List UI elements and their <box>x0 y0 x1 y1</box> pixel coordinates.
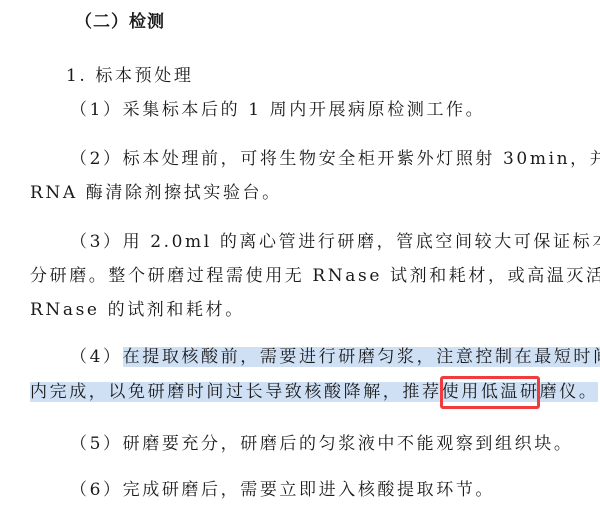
paragraph-item-4-line-1: （4）在提取核酸前，需要进行研磨匀浆，注意控制在最短时间 <box>70 345 600 369</box>
paragraph-item-3-line-2: 分研磨。整个研磨过程需使用无 RNase 试剂和耗材，或高温灭活 <box>30 264 600 288</box>
section-heading: （二）检测 <box>75 10 165 34</box>
paragraph-item-3-line-3: RNase 的试剂和耗材。 <box>30 298 245 322</box>
trailing-punctuation: 。 <box>579 382 599 402</box>
item-4-prefix: （4） <box>70 347 123 367</box>
selected-text-line-1[interactable]: 在提取核酸前，需要进行研磨匀浆，注意控制在最短时间 <box>123 347 600 367</box>
paragraph-item-2-line-1: （2）标本处理前，可将生物安全柜开紫外灯照射 30min，并使用 <box>70 147 600 171</box>
subsection-title: 1. 标本预处理 <box>66 64 193 88</box>
annotation-highlight-box <box>440 376 540 409</box>
paragraph-item-5: （5）研磨要充分，研磨后的匀浆液中不能观察到组织块。 <box>70 432 573 456</box>
paragraph-item-6: （6）完成研磨后，需要立即进入核酸提取环节。 <box>70 478 495 502</box>
paragraph-item-1: （1）采集标本后的 1 周内开展病原检测工作。 <box>70 98 485 122</box>
paragraph-item-2-line-2: RNA 酶清除剂擦拭实验台。 <box>30 181 282 205</box>
paragraph-item-3-line-1: （3）用 2.0ml 的离心管进行研磨，管底空间较大可保证标本充 <box>70 230 600 254</box>
selected-text-line-2[interactable]: 内完成，以免研磨时间过长导致核酸降解，推荐使用 <box>30 382 481 402</box>
